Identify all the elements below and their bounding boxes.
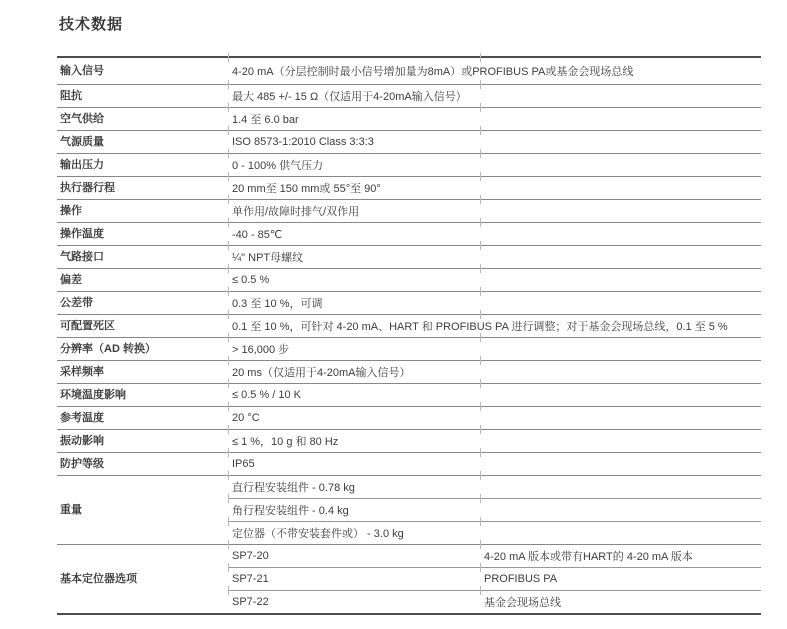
spec-row-secondary-value: 基金会现场总线 bbox=[480, 591, 761, 613]
spec-group-rows: 0.1 至 10 %，可针对 4-20 mA、HART 和 PROFIBUS P… bbox=[228, 315, 761, 337]
spec-row: SP7-204-20 mA 版本或带有HART的 4-20 mA 版本 bbox=[228, 545, 761, 567]
spec-row-secondary-value: PROFIBUS PA bbox=[480, 568, 761, 590]
spec-group: 输出压力0 - 100% 供气压力 bbox=[57, 153, 761, 176]
spec-row-label: 分辨率（AD 转换） bbox=[57, 338, 228, 360]
spec-group: 气路接口¼" NPT母螺纹 bbox=[57, 245, 761, 268]
spec-row: 0.1 至 10 %，可针对 4-20 mA、HART 和 PROFIBUS P… bbox=[228, 315, 761, 337]
spec-row-value: SP7-20 bbox=[228, 545, 480, 567]
spec-row-label: 操作温度 bbox=[57, 223, 228, 245]
spec-row: 单作用/故障时排气/双作用 bbox=[228, 200, 761, 222]
spec-row-label: 气路接口 bbox=[57, 246, 228, 268]
spec-row-secondary-value bbox=[480, 223, 761, 245]
spec-row-label: 空气供给 bbox=[57, 108, 228, 130]
spec-row-value: 20 mm至 150 mm或 55°至 90° bbox=[228, 177, 480, 199]
spec-row-label: 输入信号 bbox=[57, 58, 228, 84]
spec-table: 输入信号4-20 mA（分层控制时最小信号增加量为8mA）或PROFIBUS P… bbox=[57, 56, 761, 615]
spec-row-value: ≤ 1 %，10 g 和 80 Hz bbox=[228, 430, 480, 452]
spec-row-value: ISO 8573-1:2010 Class 3:3:3 bbox=[228, 131, 480, 153]
spec-row-value: 1.4 至 6.0 bar bbox=[228, 108, 480, 130]
spec-group: 执行器行程20 mm至 150 mm或 55°至 90° bbox=[57, 176, 761, 199]
spec-group-rows: SP7-204-20 mA 版本或带有HART的 4-20 mA 版本SP7-2… bbox=[228, 545, 761, 613]
spec-row: 1.4 至 6.0 bar bbox=[228, 108, 761, 130]
spec-row-label: 可配置死区 bbox=[57, 315, 228, 337]
spec-row-value: 定位器（不带安装套件或） - 3.0 kg bbox=[228, 522, 480, 544]
spec-row: IP65 bbox=[228, 453, 761, 475]
spec-group-rows: ≤ 0.5 % bbox=[228, 269, 761, 291]
document-page: { "title": "技术数据", "table": { "groups": … bbox=[0, 0, 787, 629]
spec-group-rows: 直行程安装组件 - 0.78 kg角行程安装组件 - 0.4 kg定位器（不带安… bbox=[228, 476, 761, 544]
spec-row-label: 公差带 bbox=[57, 292, 228, 314]
spec-row: 0.3 至 10 %，可调 bbox=[228, 292, 761, 314]
spec-group-rows: 1.4 至 6.0 bar bbox=[228, 108, 761, 130]
spec-row-value: 20 °C bbox=[228, 407, 480, 429]
spec-group: 重量直行程安装组件 - 0.78 kg角行程安装组件 - 0.4 kg定位器（不… bbox=[57, 475, 761, 544]
spec-row-secondary-value bbox=[480, 522, 761, 544]
spec-row-secondary-value bbox=[480, 108, 761, 130]
spec-row-secondary-value bbox=[480, 292, 761, 314]
spec-group: 操作单作用/故障时排气/双作用 bbox=[57, 199, 761, 222]
spec-row-value: 4-20 mA（分层控制时最小信号增加量为8mA）或PROFIBUS PA或基金… bbox=[228, 58, 480, 84]
spec-row-secondary-value bbox=[480, 430, 761, 452]
spec-row: SP7-22基金会现场总线 bbox=[228, 590, 761, 613]
spec-row-label: 防护等级 bbox=[57, 453, 228, 475]
spec-row: > 16,000 步 bbox=[228, 338, 761, 360]
spec-row: ISO 8573-1:2010 Class 3:3:3 bbox=[228, 131, 761, 153]
spec-group: 可配置死区0.1 至 10 %，可针对 4-20 mA、HART 和 PROFI… bbox=[57, 314, 761, 337]
spec-row-value: 最大 485 +/- 15 Ω（仅适用于4-20mA输入信号） bbox=[228, 85, 480, 107]
spec-row: SP7-21PROFIBUS PA bbox=[228, 567, 761, 590]
spec-row-secondary-value bbox=[480, 177, 761, 199]
spec-group: 公差带0.3 至 10 %，可调 bbox=[57, 291, 761, 314]
spec-row-value: 20 ms（仅适用于4-20mA输入信号） bbox=[228, 361, 480, 383]
spec-row-secondary-value: 4-20 mA 版本或带有HART的 4-20 mA 版本 bbox=[480, 545, 761, 567]
spec-row: ≤ 0.5 % / 10 K bbox=[228, 384, 761, 406]
spec-group-rows: 0.3 至 10 %，可调 bbox=[228, 292, 761, 314]
spec-row: 20 °C bbox=[228, 407, 761, 429]
spec-group-rows: ≤ 0.5 % / 10 K bbox=[228, 384, 761, 406]
spec-row: 直行程安装组件 - 0.78 kg bbox=[228, 476, 761, 498]
spec-row-value: SP7-22 bbox=[228, 591, 480, 613]
spec-group: 采样频率20 ms（仅适用于4-20mA输入信号） bbox=[57, 360, 761, 383]
spec-row-secondary-value bbox=[480, 131, 761, 153]
spec-group: 输入信号4-20 mA（分层控制时最小信号增加量为8mA）或PROFIBUS P… bbox=[57, 58, 761, 84]
spec-row: 4-20 mA（分层控制时最小信号增加量为8mA）或PROFIBUS PA或基金… bbox=[228, 58, 761, 84]
spec-row: -40 - 85℃ bbox=[228, 223, 761, 245]
spec-group-rows: ISO 8573-1:2010 Class 3:3:3 bbox=[228, 131, 761, 153]
spec-row-value: -40 - 85℃ bbox=[228, 223, 480, 245]
spec-group: 气源质量ISO 8573-1:2010 Class 3:3:3 bbox=[57, 130, 761, 153]
spec-row-label: 振动影响 bbox=[57, 430, 228, 452]
spec-row-label: 气源质量 bbox=[57, 131, 228, 153]
spec-row-value: ≤ 0.5 % / 10 K bbox=[228, 384, 480, 406]
spec-row-secondary-value bbox=[480, 361, 761, 383]
spec-row-secondary-value bbox=[480, 154, 761, 176]
spec-row: ≤ 1 %，10 g 和 80 Hz bbox=[228, 430, 761, 452]
spec-row-value: IP65 bbox=[228, 453, 480, 475]
spec-group-rows: > 16,000 步 bbox=[228, 338, 761, 360]
spec-group-rows: 20 ms（仅适用于4-20mA输入信号） bbox=[228, 361, 761, 383]
spec-row-label: 执行器行程 bbox=[57, 177, 228, 199]
spec-row-value: 0.1 至 10 %，可针对 4-20 mA、HART 和 PROFIBUS P… bbox=[228, 315, 480, 337]
spec-row-value: 0.3 至 10 %，可调 bbox=[228, 292, 480, 314]
spec-group-rows: 20 °C bbox=[228, 407, 761, 429]
spec-row-secondary-value bbox=[480, 476, 761, 498]
spec-row: 定位器（不带安装套件或） - 3.0 kg bbox=[228, 521, 761, 544]
spec-row-value: ¼" NPT母螺纹 bbox=[228, 246, 480, 268]
spec-group-rows: 20 mm至 150 mm或 55°至 90° bbox=[228, 177, 761, 199]
spec-row-secondary-value bbox=[480, 246, 761, 268]
spec-row-label: 采样频率 bbox=[57, 361, 228, 383]
spec-row-value: ≤ 0.5 % bbox=[228, 269, 480, 291]
spec-group-rows: 0 - 100% 供气压力 bbox=[228, 154, 761, 176]
spec-row-value: 直行程安装组件 - 0.78 kg bbox=[228, 476, 480, 498]
spec-row-secondary-value bbox=[480, 269, 761, 291]
spec-row: ¼" NPT母螺纹 bbox=[228, 246, 761, 268]
spec-row-secondary-value bbox=[480, 200, 761, 222]
spec-row-value: 0 - 100% 供气压力 bbox=[228, 154, 480, 176]
spec-row-label: 操作 bbox=[57, 200, 228, 222]
spec-row-value: > 16,000 步 bbox=[228, 338, 480, 360]
spec-row-label: 环境温度影响 bbox=[57, 384, 228, 406]
spec-row-label: 阻抗 bbox=[57, 85, 228, 107]
spec-row-secondary-value bbox=[480, 407, 761, 429]
spec-row-secondary-value bbox=[480, 85, 761, 107]
spec-group-rows: IP65 bbox=[228, 453, 761, 475]
spec-row-secondary-value bbox=[480, 499, 761, 521]
spec-row-secondary-value bbox=[480, 453, 761, 475]
spec-row-label: 参考温度 bbox=[57, 407, 228, 429]
spec-group-rows: ≤ 1 %，10 g 和 80 Hz bbox=[228, 430, 761, 452]
spec-row-label: 基本定位器选项 bbox=[57, 545, 228, 613]
spec-group: 防护等级IP65 bbox=[57, 452, 761, 475]
spec-group-rows: 4-20 mA（分层控制时最小信号增加量为8mA）或PROFIBUS PA或基金… bbox=[228, 58, 761, 84]
spec-row-label: 偏差 bbox=[57, 269, 228, 291]
spec-row: 最大 485 +/- 15 Ω（仅适用于4-20mA输入信号） bbox=[228, 85, 761, 107]
spec-group: 环境温度影响≤ 0.5 % / 10 K bbox=[57, 383, 761, 406]
spec-row: 0 - 100% 供气压力 bbox=[228, 154, 761, 176]
spec-row-label: 重量 bbox=[57, 476, 228, 544]
spec-row-value: SP7-21 bbox=[228, 568, 480, 590]
spec-row-secondary-value bbox=[480, 338, 761, 360]
spec-row: ≤ 0.5 % bbox=[228, 269, 761, 291]
spec-group: 阻抗最大 485 +/- 15 Ω（仅适用于4-20mA输入信号） bbox=[57, 84, 761, 107]
spec-row: 角行程安装组件 - 0.4 kg bbox=[228, 498, 761, 521]
spec-group: 分辨率（AD 转换）> 16,000 步 bbox=[57, 337, 761, 360]
page-title: 技术数据 bbox=[59, 13, 123, 34]
spec-row: 20 ms（仅适用于4-20mA输入信号） bbox=[228, 361, 761, 383]
spec-group-rows: 最大 485 +/- 15 Ω（仅适用于4-20mA输入信号） bbox=[228, 85, 761, 107]
spec-group: 操作温度-40 - 85℃ bbox=[57, 222, 761, 245]
spec-group-rows: -40 - 85℃ bbox=[228, 223, 761, 245]
spec-row-label: 输出压力 bbox=[57, 154, 228, 176]
spec-row-value: 单作用/故障时排气/双作用 bbox=[228, 200, 480, 222]
spec-group: 振动影响≤ 1 %，10 g 和 80 Hz bbox=[57, 429, 761, 452]
spec-group-rows: ¼" NPT母螺纹 bbox=[228, 246, 761, 268]
spec-group: 空气供给1.4 至 6.0 bar bbox=[57, 107, 761, 130]
spec-group-rows: 单作用/故障时排气/双作用 bbox=[228, 200, 761, 222]
spec-group: 基本定位器选项SP7-204-20 mA 版本或带有HART的 4-20 mA … bbox=[57, 544, 761, 613]
spec-group: 偏差≤ 0.5 % bbox=[57, 268, 761, 291]
spec-group: 参考温度20 °C bbox=[57, 406, 761, 429]
spec-row-secondary-value bbox=[480, 384, 761, 406]
spec-row-value: 角行程安装组件 - 0.4 kg bbox=[228, 499, 480, 521]
spec-row: 20 mm至 150 mm或 55°至 90° bbox=[228, 177, 761, 199]
